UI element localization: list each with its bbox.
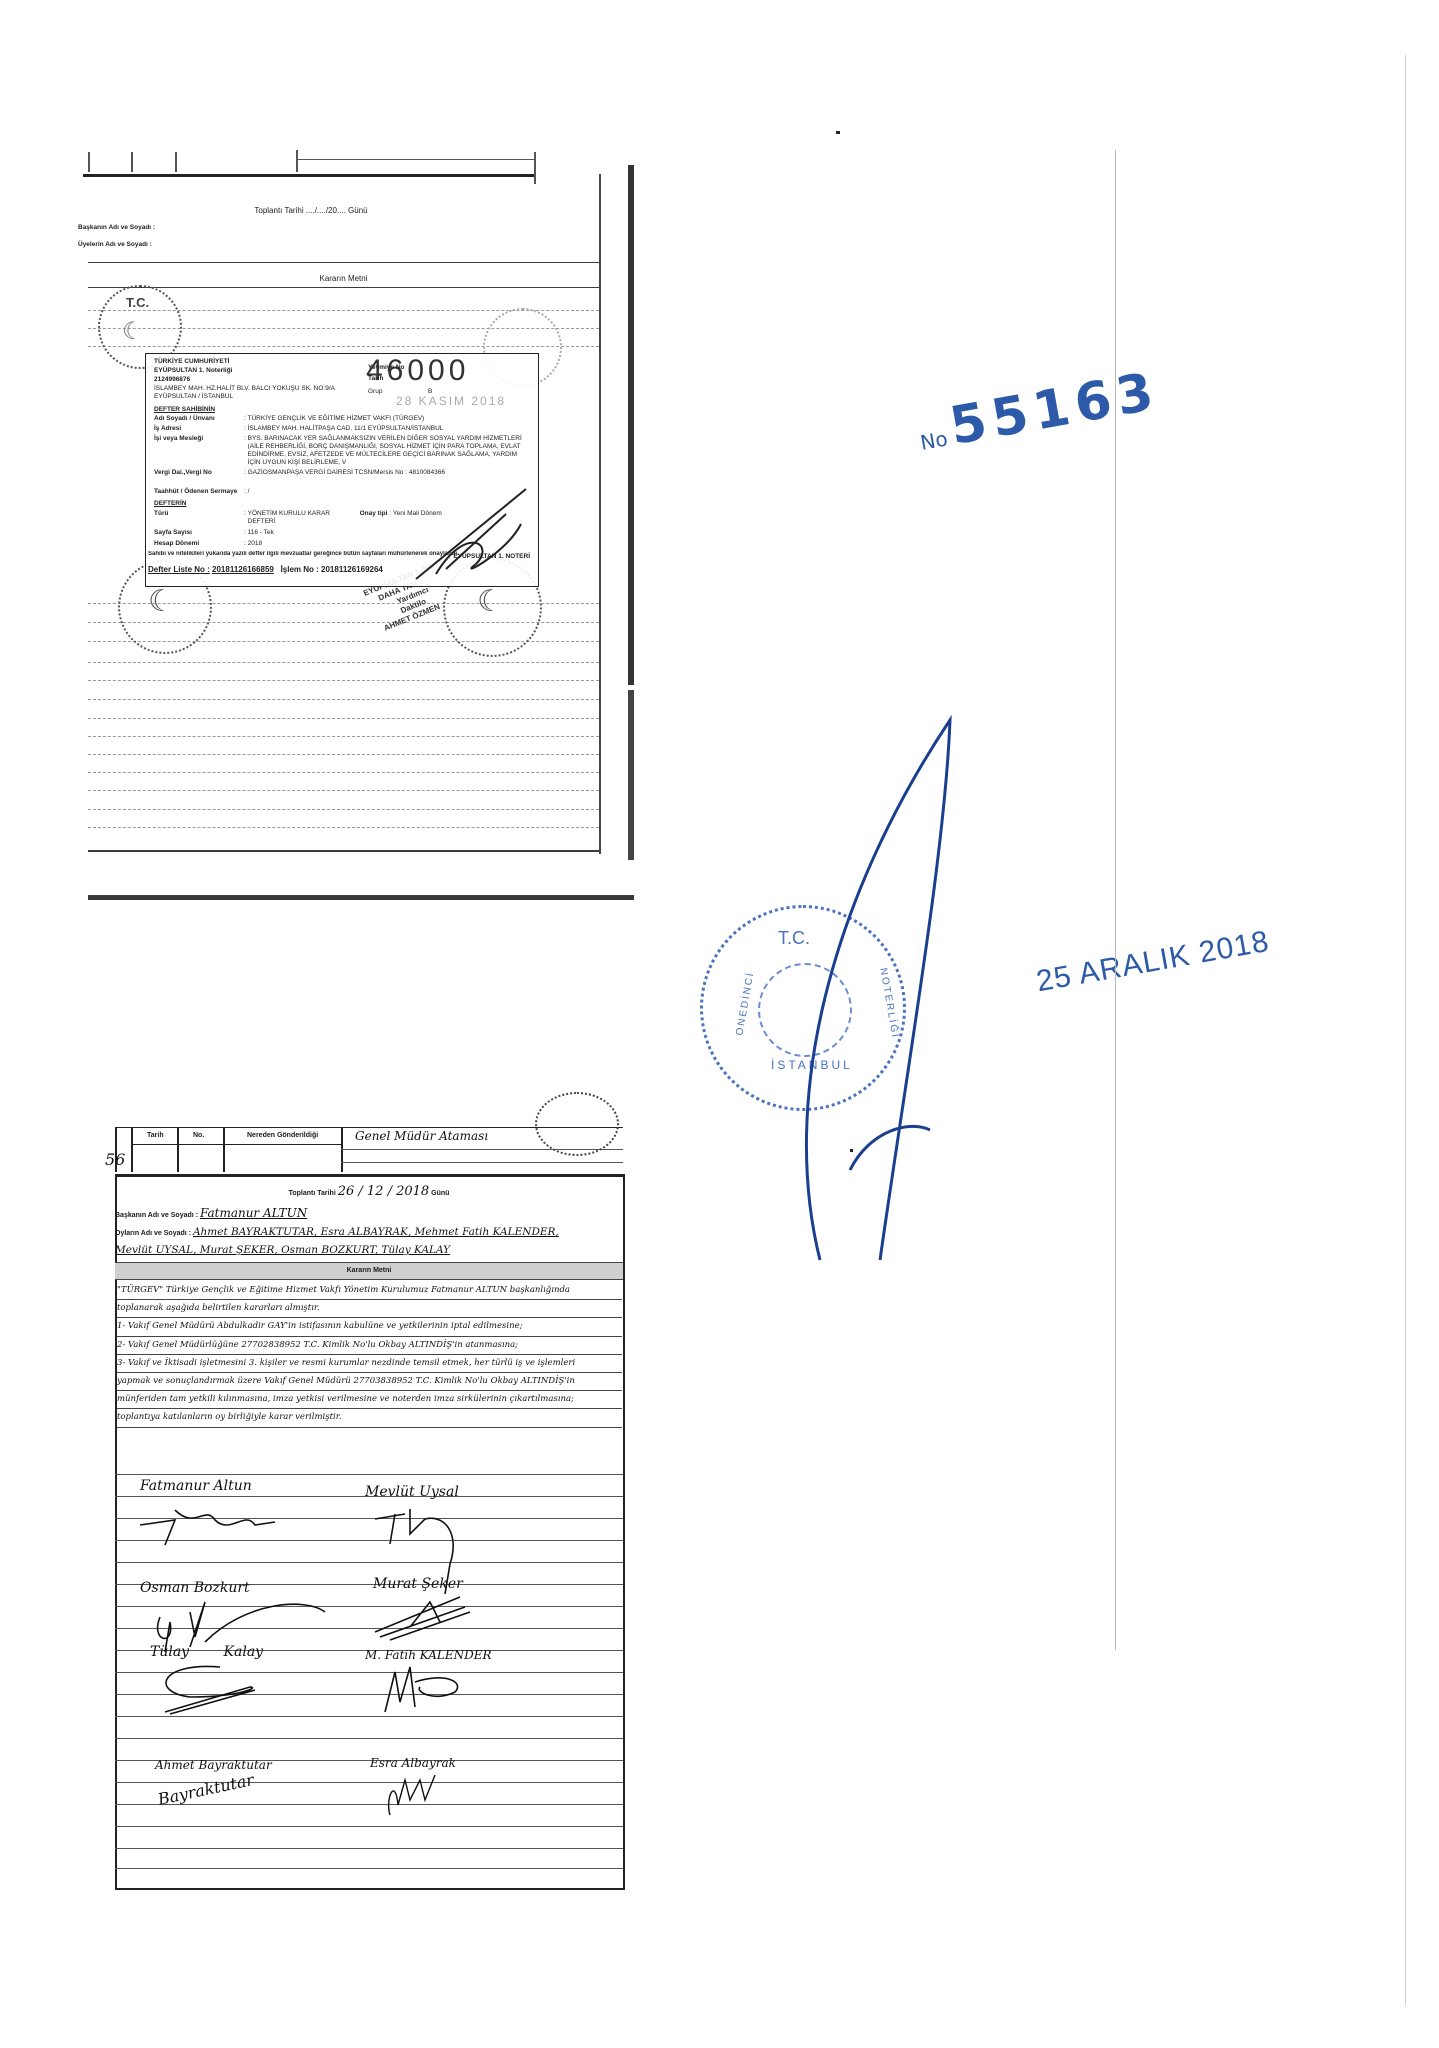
- col-sender-header: Nereden Gönderildiği: [247, 1132, 318, 1139]
- decision-text-header: Kararın Metni: [115, 1263, 623, 1279]
- signature-tulay-kalay: [150, 1662, 280, 1722]
- seal-partial: [535, 1092, 619, 1156]
- group-label: Grup: [368, 387, 382, 396]
- signature-name-esra-albayrak: Esra Albayrak: [370, 1756, 456, 1770]
- signature-fatmanur-altun: [135, 1500, 295, 1550]
- notary-address: İSLAMBEY MAH. HZ.HALİT BLV. BALCI YOKUŞU…: [154, 385, 374, 401]
- meeting-date-row: Toplantı Tarihi 26 / 12 / 2018 Günü: [115, 1184, 623, 1199]
- date-value: 28 KASIM 2018: [396, 394, 506, 408]
- signature-esra-albayrak: [380, 1770, 460, 1820]
- scan-edge: [628, 165, 634, 685]
- signature-name-tulay-kalay: Tülay Kalay: [150, 1644, 263, 1660]
- scan-edge-bottom: [88, 895, 634, 900]
- signature-name-murat-seker: Murat Şeker: [373, 1576, 463, 1592]
- signature-name-fatih-kalender: M. Fatih KALENDER: [365, 1648, 492, 1662]
- meeting-date-label: Toplantı Tarihi ..../..../20.... Günü: [88, 206, 534, 215]
- owner-name: TÜRKİYE GENÇLİK VE EĞİTİME HİZMET VAKFI …: [248, 415, 425, 422]
- fiscal-period: 2018: [248, 540, 262, 547]
- scan-dot: [836, 131, 840, 134]
- decision-text-header-band: Kararın Metni: [115, 1262, 623, 1280]
- signature-murat-seker: [370, 1592, 480, 1642]
- scan-edge-right: [1115, 150, 1116, 1650]
- page-count: 116 - Tek: [248, 529, 274, 536]
- transaction-number: 20181126169264: [321, 565, 383, 574]
- scan-edge-far-right: [1405, 55, 1406, 2005]
- decision-text: "TÜRGEV" Türkiye Gençlik ve Eğitime Hizm…: [117, 1282, 622, 1428]
- republic-label: TÜRKİYE CUMHURİYETİ: [154, 358, 229, 365]
- page-number: 56: [105, 1150, 125, 1169]
- book-type: YÖNETİM KURULU KARAR DEFTERİ: [248, 510, 338, 526]
- signature-fatih-kalender: [375, 1662, 475, 1722]
- notary-signature: [406, 484, 536, 584]
- meeting-date-value: 26 / 12 / 2018: [338, 1184, 429, 1199]
- col-number-header: No.: [193, 1132, 204, 1139]
- notary-registration-certificate: TÜRKİYE CUMHURİYETİ EYÜPSULTAN 1. Noterl…: [145, 353, 539, 587]
- book-section-header: DEFTERİN: [154, 500, 187, 507]
- notary-name: EYÜPSULTAN 1. Noterliği: [154, 367, 233, 374]
- notary-phone: 2124996876: [154, 376, 190, 383]
- signature-name-ahmet-bayraktutar: Ahmet Bayraktutar: [155, 1758, 272, 1772]
- voters-names-line2: Mevlüt UYSAL, Murat ŞEKER, Osman BOZKURT…: [115, 1244, 450, 1256]
- decision-text-header: Kararın Metni: [88, 274, 599, 283]
- notary-blue-signature: [700, 700, 960, 1280]
- decision-ledger-page: Tarih No. Nereden Gönderildiği 56 Genel …: [115, 1122, 623, 1890]
- tax-office: GAZİOSMANPAŞA VERGİ DAİRESİ TCSN/Mersis …: [248, 469, 518, 477]
- voters-names-line1: Ahmet BAYRAKTUTAR, Esra ALBAYRAK, Mehmet…: [193, 1226, 559, 1238]
- voters-row: Oyların Adı ve Soyadı : Ahmet BAYRAKTUTA…: [115, 1226, 559, 1238]
- scan-dot: [850, 1149, 853, 1152]
- header-table-fragment: [88, 150, 606, 174]
- date-label: Tarih: [368, 374, 383, 383]
- signature-name-fatmanur-altun: Fatmanur Altun: [140, 1478, 252, 1494]
- yevmiye-label: Yevmiye No: [368, 363, 405, 372]
- chairman-label: Başkanın Adı ve Soyadı :: [78, 224, 155, 231]
- col-date-header: Tarih: [147, 1132, 164, 1139]
- members-label: Üyelerin Adı ve Soyadı :: [78, 241, 152, 248]
- owner-occupation: BYS. BARINACAK YER SAĞLANMAKSIZIN VERİLE…: [248, 435, 523, 467]
- scan-edge: [628, 690, 634, 860]
- date-stamp: 25 ARALIK 2018: [1034, 925, 1272, 999]
- owner-address: İSLAMBEY MAH. HALİTPAŞA CAD. 11/1 EYÜPSU…: [248, 425, 444, 432]
- signature-name-mevlut-uysal: Mevlüt Uysal: [365, 1484, 459, 1500]
- ledger-list-number: Defter Liste No : 20181126166859 İşlem N…: [148, 565, 383, 574]
- chairman-name: Fatmanur ALTUN: [200, 1206, 307, 1220]
- owner-section-header: DEFTER SAHİBİNİN: [154, 406, 215, 413]
- subject-handwritten: Genel Müdür Ataması: [355, 1129, 488, 1143]
- serial-number-stamp: No 55163: [914, 361, 1164, 462]
- chairman-row: Başkanın Adı ve Soyadı : Fatmanur ALTUN: [115, 1206, 307, 1220]
